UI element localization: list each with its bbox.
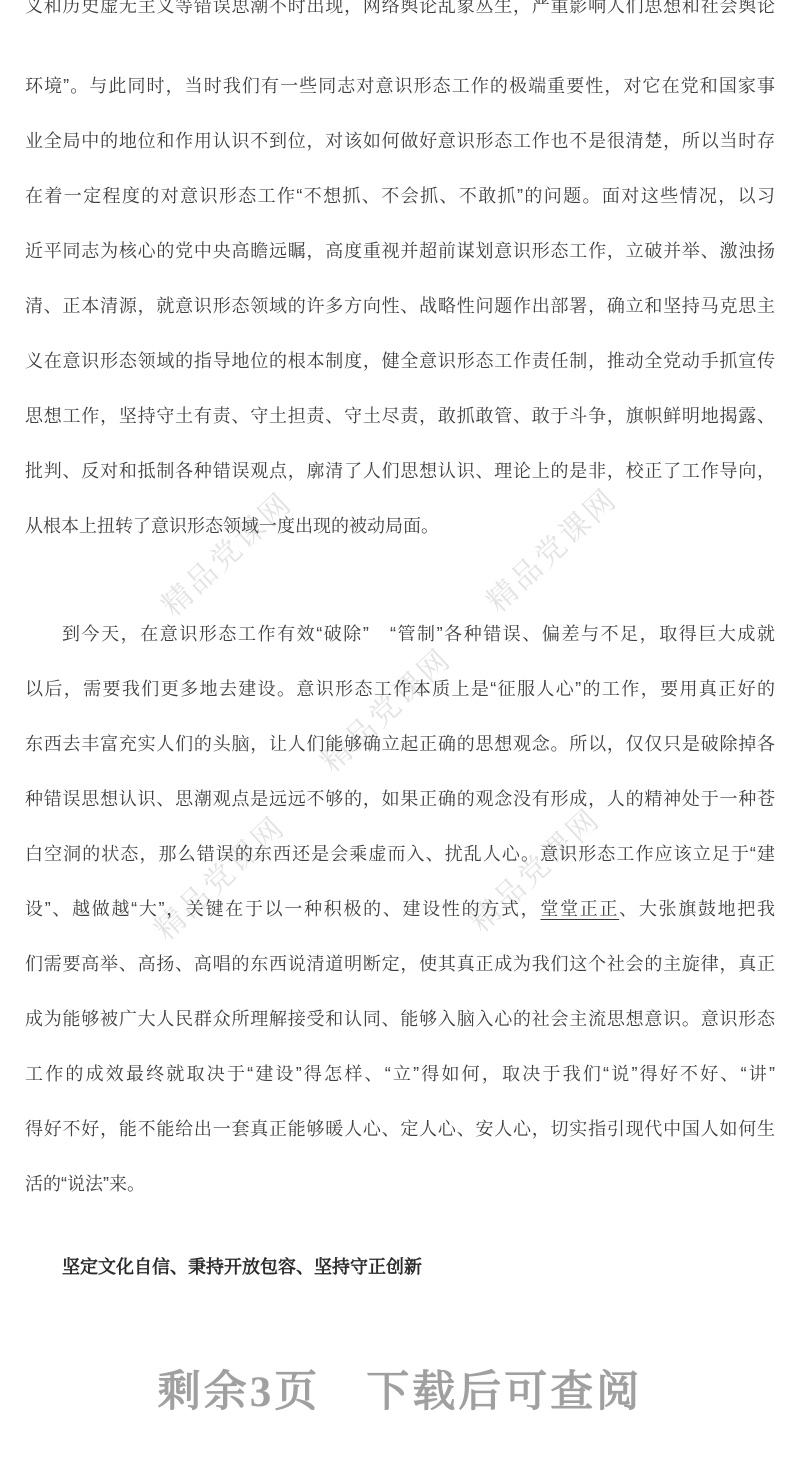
text-line: 思想工作，坚持守土有责、守土担责、守土尽责，敢抓敢管、敢于斗争，旗帜鲜明地揭露、 (25, 389, 775, 444)
text-line: 在着一定程度的对意识形态工作“不想抓、不会抓、不敢抓”的问题。面对这些情况，以习 (25, 169, 775, 224)
text-segment: 设”、越做越“大”，关键在于以一种积极的、建设性的方式， (25, 899, 540, 919)
section-heading-text: 坚定文化自信、秉持开放包容、坚持守正创新 (25, 1240, 775, 1295)
text-line: 到今天，在意识形态工作有效“破除” “管制”各种错误、偏差与不足，取得巨大成就 (25, 607, 775, 662)
section-heading: 坚定文化自信、秉持开放包容、坚持守正创新 (0, 1240, 800, 1295)
text-line: 环境”。与此同时，当时我们有一些同志对意识形态工作的极端重要性，对它在党和国家事 (25, 59, 775, 114)
download-note-label: 下载后可查阅 (366, 1369, 642, 1416)
text-line: 白空洞的状态，那么错误的东西还是会乘虚而入、扰乱人心。意识形态工作应该立足于“建 (25, 827, 775, 882)
text-line: 清、正本清源，就意识形态领域的许多方向性、战略性问题作出部署，确立和坚持马克思主 (25, 279, 775, 334)
text-line: 义在意识形态领域的指导地位的根本制度，健全意识形态工作责任制，推动全党动手抓宣传 (25, 334, 775, 389)
underlined-phrase: 堂堂正正 (540, 899, 619, 919)
text-line: 从根本上扭转了意识形态领域一度出现的被动局面。 (25, 499, 775, 554)
text-line: 东西去丰富充实人们的头脑，让人们能够确立起正确的思想观念。所以，仅仅只是破除掉各 (25, 717, 775, 772)
text-line: 种错误思想认识、思潮观点是远远不够的，如果正确的观念没有形成，人的精神处于一种苍 (25, 772, 775, 827)
paragraph-2: 到今天，在意识形态工作有效“破除” “管制”各种错误、偏差与不足，取得巨大成就 … (0, 607, 800, 1212)
paragraph-continued: 义和历史虚无主义等错误思潮不时出现，网络舆论乱象丛生，严重影响人们思想和社会舆论 (0, 0, 800, 34)
text-line: 近平同志为核心的党中央高瞻远瞩，高度重视并超前谋划意识形态工作，立破并举、激浊扬 (25, 224, 775, 279)
text-line: 成为能够被广大人民群众所理解接受和认同、能够入脑入心的社会主流思想意识。意识形态 (25, 992, 775, 1047)
text-line: 们需要高举、高扬、高唱的东西说清道明断定，使其真正成为我们这个社会的主旋律，真正 (25, 937, 775, 992)
text-line: 业全局中的地位和作用认识不到位，对该如何做好意识形态工作也不是很清楚，所以当时存 (25, 114, 775, 169)
text-line: 得好不好，能不能给出一套真正能够暖人心、定人心、安人心，切实指引现代中国人如何生 (25, 1102, 775, 1157)
document-text-layer: 义和历史虚无主义等错误思潮不时出现，网络舆论乱象丛生，严重影响人们思想和社会舆论… (0, 0, 800, 1475)
text-line: 批判、反对和抵制各种错误观点，廓清了人们思想认识、理论上的是非，校正了工作导向， (25, 444, 775, 499)
text-line: 以后，需要我们更多地去建设。意识形态工作本质上是“征服人心”的工作，要用真正好的 (25, 662, 775, 717)
document-preview-page: 精品党课网 精品党课网 精品党课网 精品党课网 精品党课网 义和历史虚无主义等错… (0, 0, 800, 1475)
text-line: 工作的成效最终就取决于“建设”得怎样、“立”得如何，取决于我们“说”得好不好、“… (25, 1047, 775, 1102)
text-segment: 、大张旗鼓地把我 (619, 899, 775, 919)
text-line: 活的“说法”来。 (25, 1157, 775, 1212)
text-line: 义和历史虚无主义等错误思潮不时出现，网络舆论乱象丛生，严重影响人们思想和社会舆论 (25, 0, 775, 34)
preview-footer: 剩余3页下载后可查阅 (0, 1363, 800, 1423)
pages-remaining-label: 剩余3页 (158, 1369, 321, 1416)
text-line: 设”、越做越“大”，关键在于以一种积极的、建设性的方式，堂堂正正、大张旗鼓地把我 (25, 882, 775, 937)
paragraph-1: 环境”。与此同时，当时我们有一些同志对意识形态工作的极端重要性，对它在党和国家事… (0, 59, 800, 554)
